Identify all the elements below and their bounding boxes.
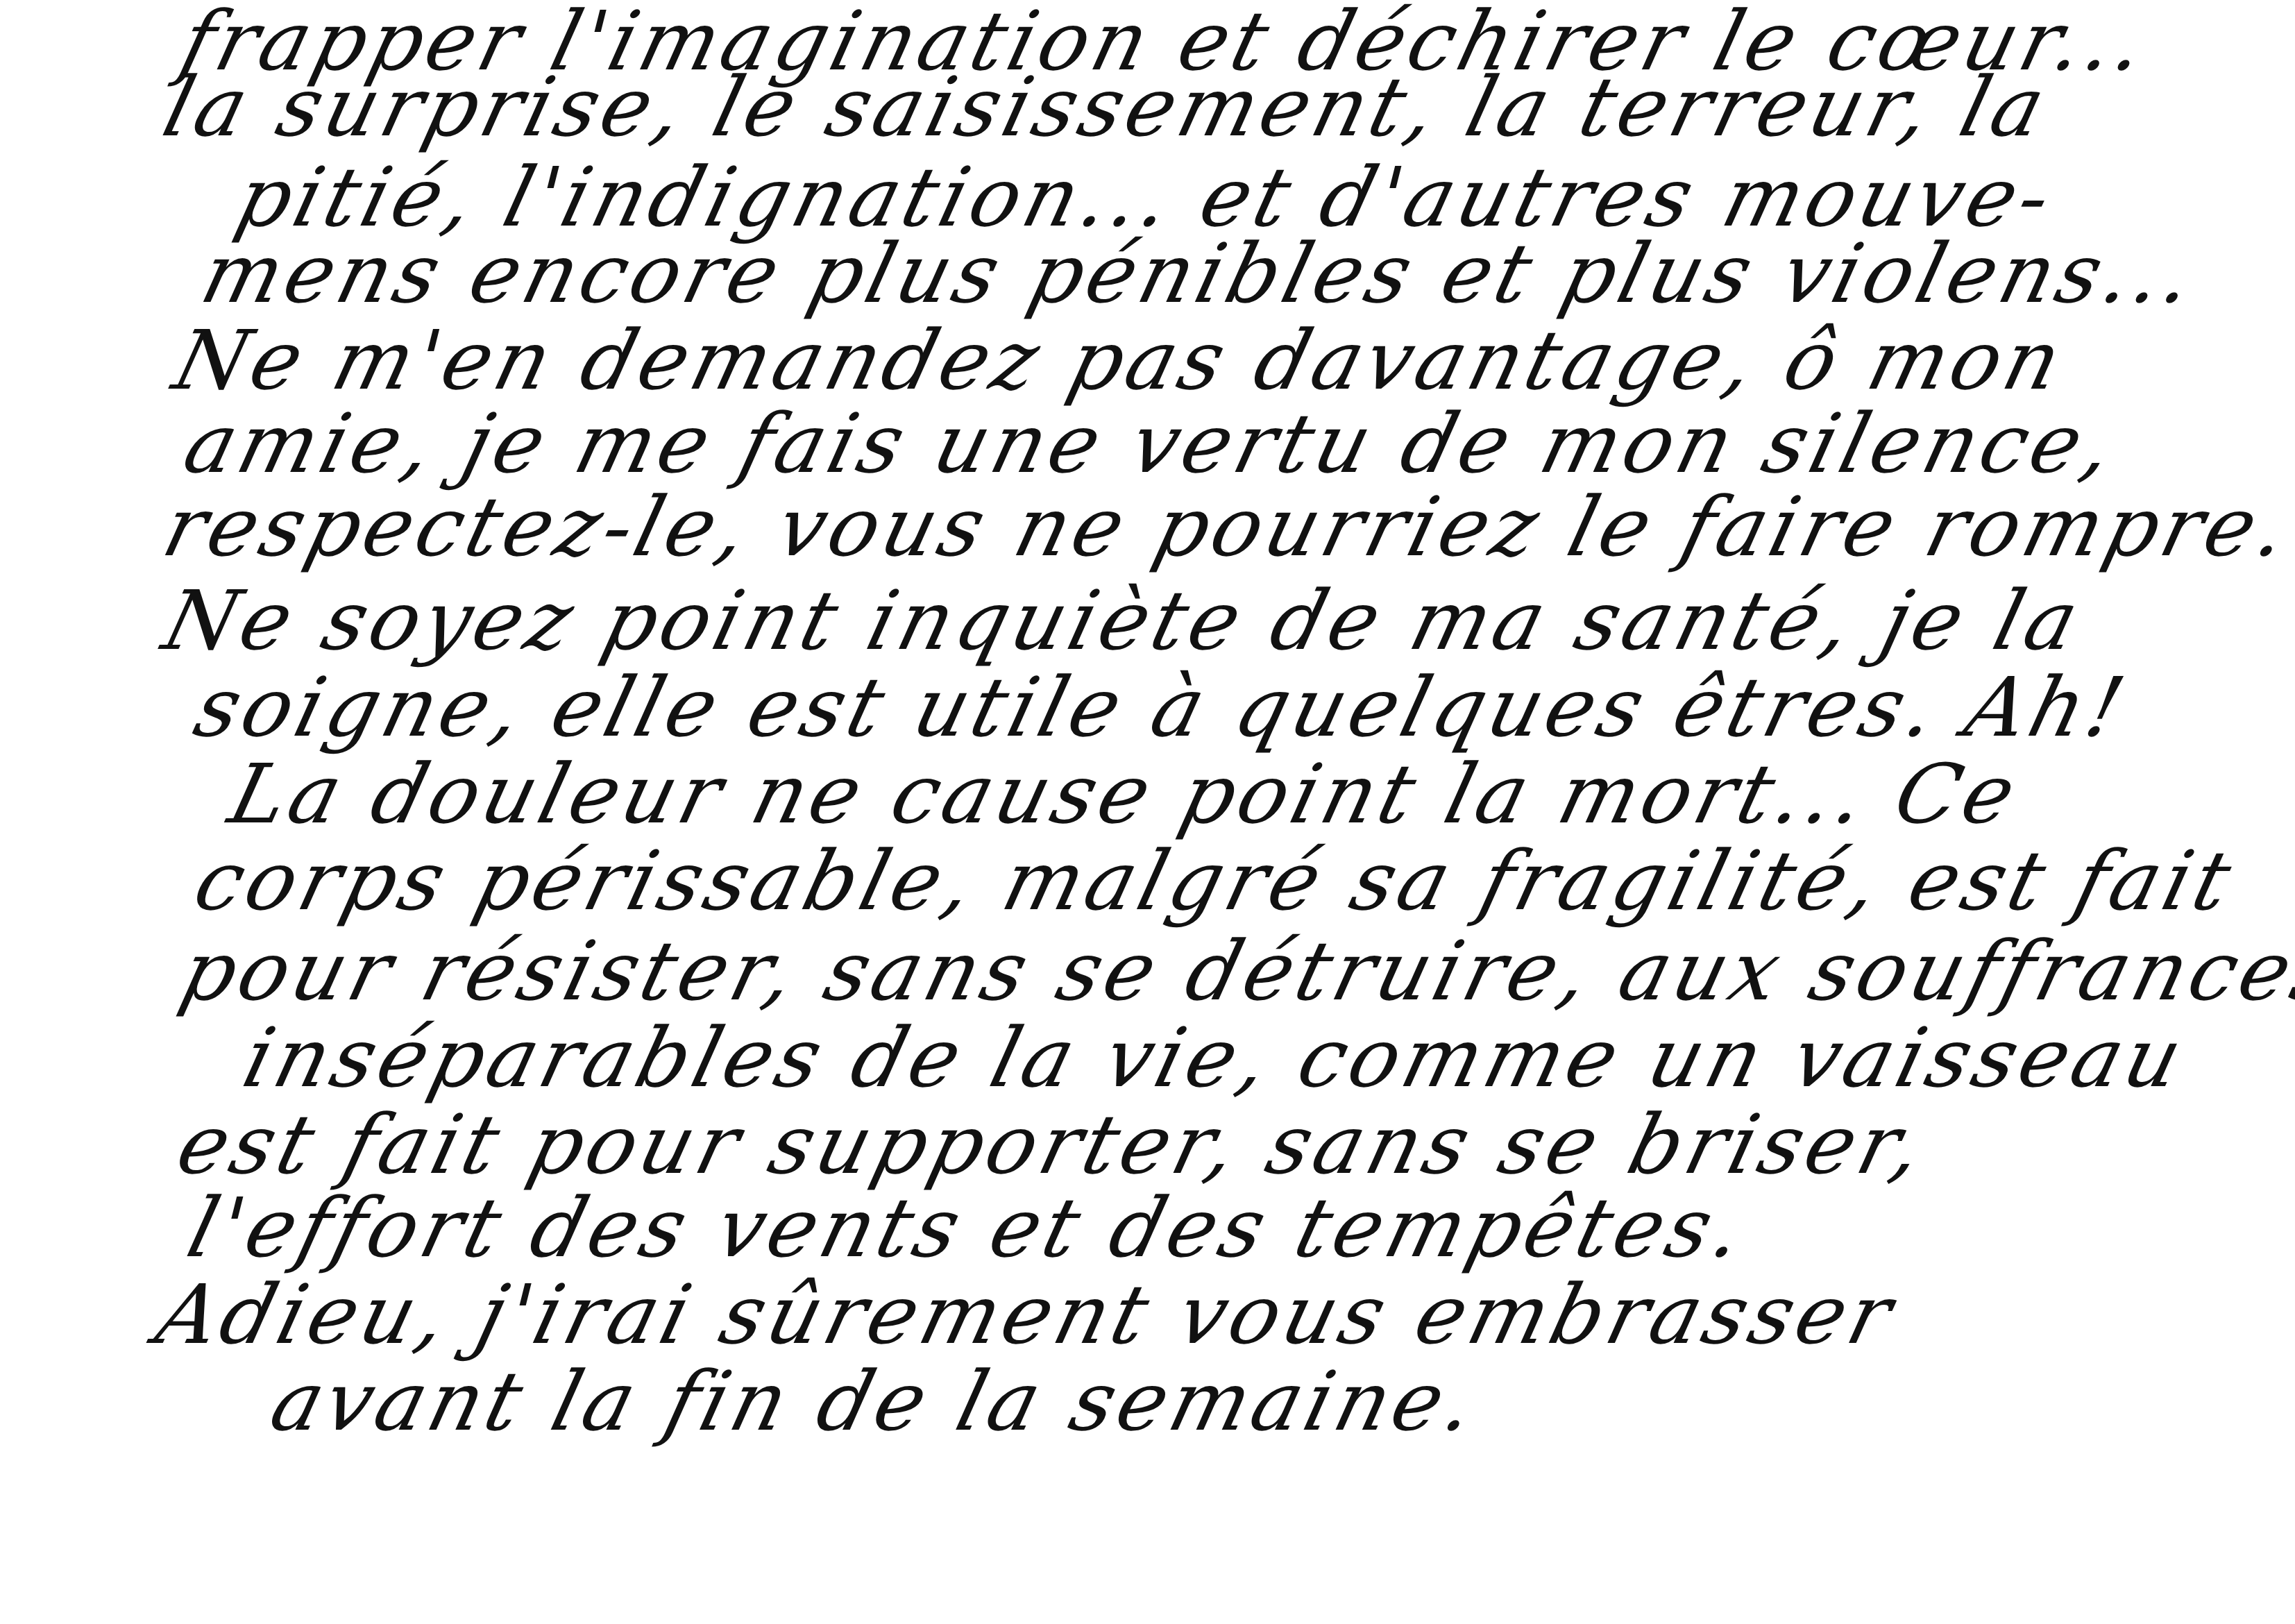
letter-line: Ne soyez point inquiète de ma santé, je … — [156, 580, 2090, 661]
letter-line closing-line: avant la fin de la semaine. — [264, 1360, 1487, 1442]
letter-line: Ne m'en demandez pas davantage, ô mon — [167, 319, 2073, 401]
letter-line: Adieu, j'irai sûrement vous embrasser — [149, 1274, 1904, 1355]
letter-line: pour résister, sans se détruire, aux sou… — [173, 930, 2295, 1012]
letter-line: mens encore plus pénibles et plus violen… — [194, 232, 2205, 314]
letter-line: inséparables de la vie, comme un vaissea… — [236, 1017, 2194, 1099]
letter-line: la surprise, le saisissement, la terreur… — [156, 66, 2056, 148]
letter-line: soigne, elle est utile à quelques êtres.… — [187, 666, 2135, 748]
handwritten-letter-page: frapper l'imagination et déchirer le cœu… — [0, 0, 2295, 1624]
letter-line: amie, je me fais une vertu de mon silenc… — [177, 403, 2125, 484]
letter-line: l'effort des vents et des tempêtes. — [180, 1187, 1755, 1269]
letter-line: est fait pour supporter, sans se briser, — [170, 1103, 1935, 1185]
letter-line: corps périssable, malgré sa fragilité, e… — [187, 840, 2242, 922]
letter-line: respectez-le, vous ne pourriez le faire … — [156, 486, 2295, 568]
letter-line: La douleur ne cause point la mort... Ce — [222, 753, 2027, 835]
